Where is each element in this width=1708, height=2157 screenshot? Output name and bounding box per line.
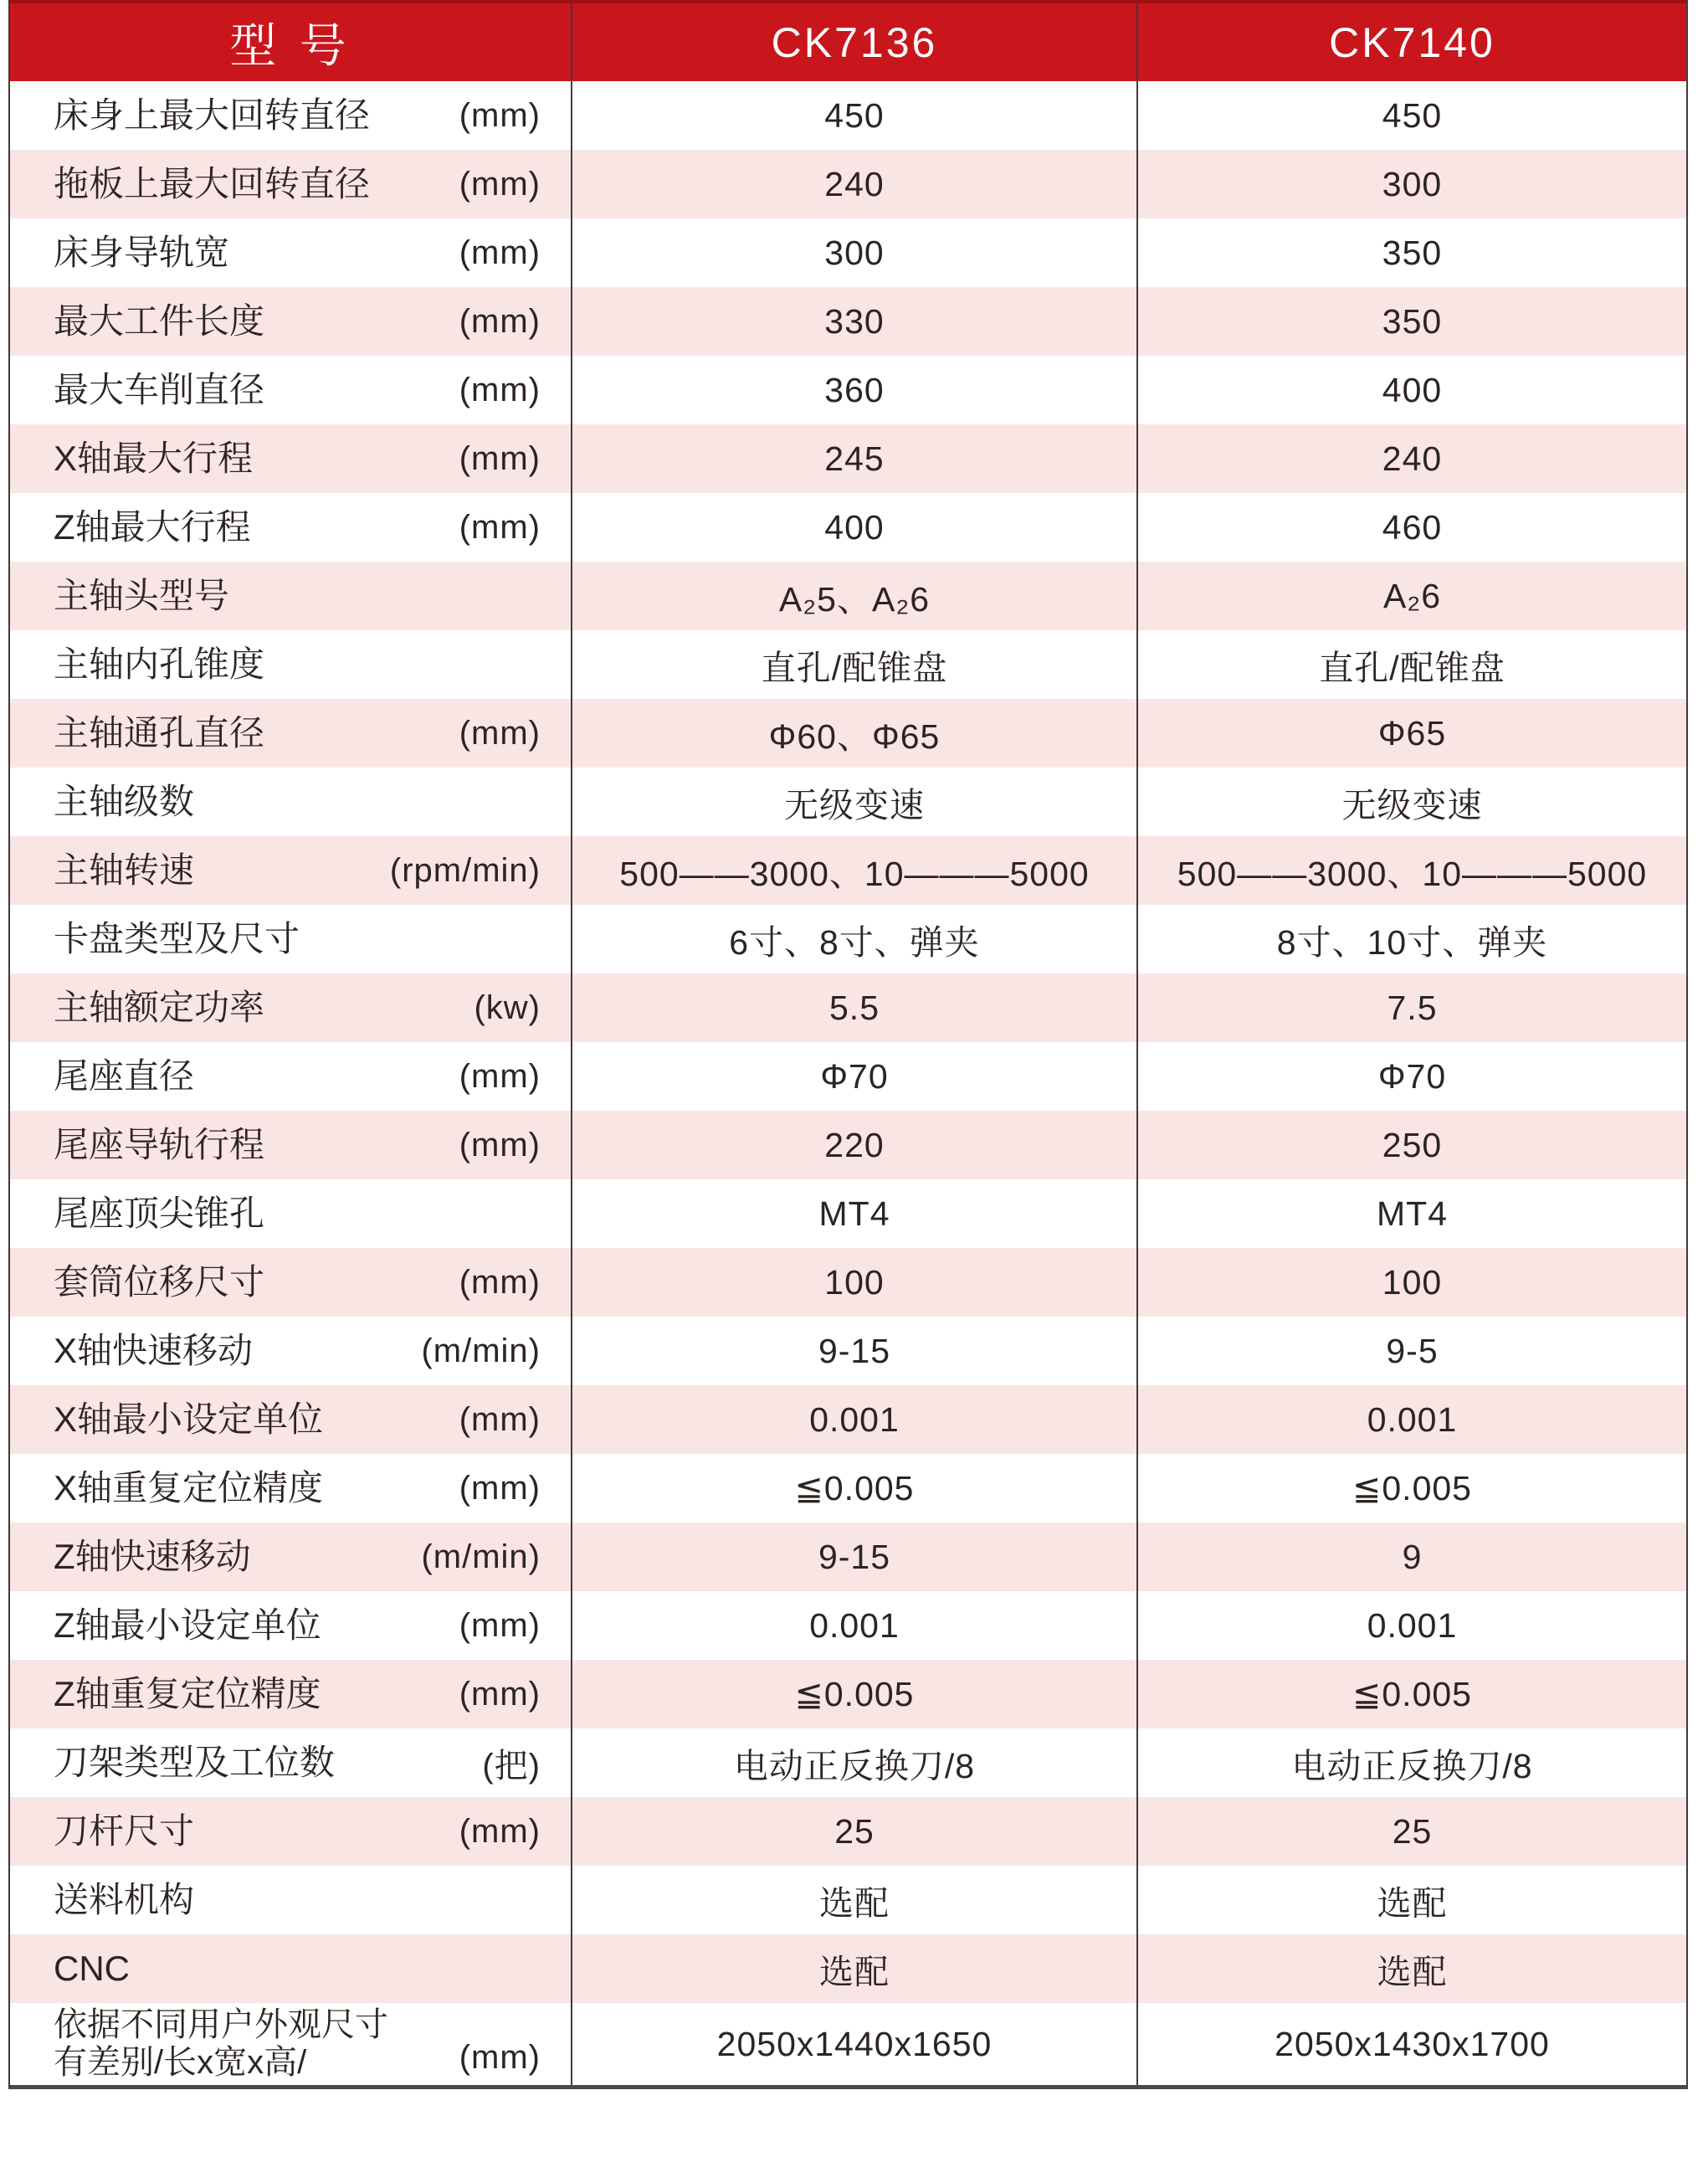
row-unit: (mm) xyxy=(459,234,541,272)
spec-row: 主轴级数 无级变速 无级变速 xyxy=(10,768,1686,836)
row-label: 尾座导轨行程 xyxy=(54,1125,459,1164)
row-unit: (mm) xyxy=(459,372,541,409)
cell-ck7136: 9-15 xyxy=(572,1523,1138,1591)
row-label-cell: 最大工件长度 (mm) xyxy=(10,287,572,356)
row-label: 依据不同用户外观尺寸 有差别/长x宽x高/ xyxy=(54,2006,459,2082)
spec-row: CNC 选配 选配 xyxy=(10,1934,1686,2003)
cell-ck7136: MT4 xyxy=(572,1179,1138,1248)
row-label-cell: 刀杆尺寸 (mm) xyxy=(10,1797,572,1866)
row-label-cell: CNC xyxy=(10,1934,572,2003)
row-label: 主轴头型号 xyxy=(54,576,541,615)
cell-ck7136: A₂5、A₂6 xyxy=(572,562,1138,630)
cell-ck7140: 240 xyxy=(1138,424,1686,493)
cell-ck7136: 无级变速 xyxy=(572,768,1138,836)
cell-ck7136: 9-15 xyxy=(572,1317,1138,1385)
spec-row: 床身上最大回转直径 (mm) 450 450 xyxy=(10,81,1686,150)
cell-ck7140: A₂6 xyxy=(1138,562,1686,630)
row-label-cell: 依据不同用户外观尺寸 有差别/长x宽x高/ (mm) xyxy=(10,2003,572,2085)
cell-ck7136: 330 xyxy=(572,287,1138,356)
cell-ck7140: 9-5 xyxy=(1138,1317,1686,1385)
spec-row: 主轴内孔锥度 直孔/配锥盘 直孔/配锥盘 xyxy=(10,630,1686,699)
row-label: 最大工件长度 xyxy=(54,301,459,341)
row-label-cell: 床身导轨宽 (mm) xyxy=(10,218,572,287)
row-label: 卡盘类型及尺寸 xyxy=(54,919,541,958)
cell-ck7140: 选配 xyxy=(1138,1866,1686,1934)
row-label: 刀架类型及工位数 xyxy=(54,1743,482,1782)
spec-row: X轴重复定位精度 (mm) ≦0.005 ≦0.005 xyxy=(10,1454,1686,1523)
header-col-ck7136: CK7136 xyxy=(572,3,1138,81)
spec-row: 最大车削直径 (mm) 360 400 xyxy=(10,356,1686,424)
row-label: 床身导轨宽 xyxy=(54,233,459,272)
cell-ck7136: 电动正反换刀/8 xyxy=(572,1728,1138,1797)
cell-ck7140: 100 xyxy=(1138,1248,1686,1317)
cell-ck7140: 0.001 xyxy=(1138,1591,1686,1660)
cell-ck7140: MT4 xyxy=(1138,1179,1686,1248)
row-label: 最大车削直径 xyxy=(54,370,459,409)
spec-row: 送料机构 选配 选配 xyxy=(10,1866,1686,1934)
cell-ck7140: 25 xyxy=(1138,1797,1686,1866)
spec-row: X轴快速移动 (m/min) 9-15 9-5 xyxy=(10,1317,1686,1385)
row-label: 主轴内孔锥度 xyxy=(54,645,541,684)
row-unit: (mm) xyxy=(459,1401,541,1439)
cell-ck7136: 100 xyxy=(572,1248,1138,1317)
row-unit: (mm) xyxy=(459,509,541,547)
table-body: 床身上最大回转直径 (mm) 450 450 拖板上最大回转直径 (mm) 24… xyxy=(10,81,1686,2085)
cell-ck7136: 25 xyxy=(572,1797,1138,1866)
cell-ck7140: 400 xyxy=(1138,356,1686,424)
spec-row: X轴最小设定单位 (mm) 0.001 0.001 xyxy=(10,1385,1686,1454)
row-label: 主轴转速 xyxy=(54,850,390,890)
cell-ck7140: 电动正反换刀/8 xyxy=(1138,1728,1686,1797)
cell-ck7136: 5.5 xyxy=(572,973,1138,1042)
row-label-cell: X轴快速移动 (m/min) xyxy=(10,1317,572,1385)
table-header: 型 号 CK7136 CK7140 xyxy=(10,0,1686,81)
row-label-cell: 刀架类型及工位数 (把) xyxy=(10,1728,572,1797)
cell-ck7140: 350 xyxy=(1138,218,1686,287)
spec-row: 主轴通孔直径 (mm) Φ60、Φ65 Φ65 xyxy=(10,699,1686,768)
row-unit: (mm) xyxy=(459,303,541,341)
cell-ck7136: 240 xyxy=(572,150,1138,218)
spec-row: Z轴重复定位精度 (mm) ≦0.005 ≦0.005 xyxy=(10,1660,1686,1728)
row-label: Z轴快速移动 xyxy=(54,1537,421,1576)
spec-row: 最大工件长度 (mm) 330 350 xyxy=(10,287,1686,356)
row-unit: (mm) xyxy=(459,1470,541,1507)
row-label-cell: 拖板上最大回转直径 (mm) xyxy=(10,150,572,218)
row-label: X轴快速移动 xyxy=(54,1331,421,1370)
cell-ck7136: ≦0.005 xyxy=(572,1454,1138,1523)
spec-sheet-page: 型 号 CK7136 CK7140 床身上最大回转直径 (mm) 450 450… xyxy=(0,0,1708,2157)
row-label-cell: 主轴内孔锥度 xyxy=(10,630,572,699)
row-unit: (mm) xyxy=(459,1813,541,1851)
row-label: 拖板上最大回转直径 xyxy=(54,164,459,203)
row-unit: (把) xyxy=(482,1739,541,1787)
row-unit: (kw) xyxy=(474,989,541,1027)
row-label-cell: 尾座导轨行程 (mm) xyxy=(10,1111,572,1179)
row-label: 尾座顶尖锥孔 xyxy=(54,1194,541,1233)
row-unit: (mm) xyxy=(459,166,541,203)
cell-ck7140: 350 xyxy=(1138,287,1686,356)
row-label-cell: Z轴快速移动 (m/min) xyxy=(10,1523,572,1591)
row-label-cell: X轴重复定位精度 (mm) xyxy=(10,1454,572,1523)
cell-ck7140: 450 xyxy=(1138,81,1686,150)
cell-ck7140: ≦0.005 xyxy=(1138,1660,1686,1728)
row-label-cell: 尾座顶尖锥孔 xyxy=(10,1179,572,1248)
spec-row: 卡盘类型及尺寸 6寸、8寸、弹夹 8寸、10寸、弹夹 xyxy=(10,905,1686,973)
cell-ck7140: ≦0.005 xyxy=(1138,1454,1686,1523)
spec-row: 刀架类型及工位数 (把) 电动正反换刀/8 电动正反换刀/8 xyxy=(10,1728,1686,1797)
cell-ck7140: 2050x1430x1700 xyxy=(1138,2003,1686,2085)
row-unit: (mm) xyxy=(459,97,541,135)
row-label-cell: 主轴通孔直径 (mm) xyxy=(10,699,572,768)
row-label-cell: 主轴级数 xyxy=(10,768,572,836)
cell-ck7136: 245 xyxy=(572,424,1138,493)
spec-row: 主轴转速 (rpm/min) 500——3000、10———5000 500——… xyxy=(10,836,1686,905)
cell-ck7136: 选配 xyxy=(572,1866,1138,1934)
cell-ck7140: 300 xyxy=(1138,150,1686,218)
row-unit: (mm) xyxy=(459,1607,541,1645)
row-label-cell: 床身上最大回转直径 (mm) xyxy=(10,81,572,150)
cell-ck7140: 460 xyxy=(1138,493,1686,562)
cell-ck7136: 450 xyxy=(572,81,1138,150)
row-label-cell: Z轴最小设定单位 (mm) xyxy=(10,1591,572,1660)
spec-row: 套筒位移尺寸 (mm) 100 100 xyxy=(10,1248,1686,1317)
row-label: 床身上最大回转直径 xyxy=(54,95,459,135)
row-label: X轴最小设定单位 xyxy=(54,1399,459,1439)
cell-ck7136: 2050x1440x1650 xyxy=(572,2003,1138,2085)
cell-ck7136: 0.001 xyxy=(572,1591,1138,1660)
spec-row: 依据不同用户外观尺寸 有差别/长x宽x高/ (mm) 2050x1440x165… xyxy=(10,2003,1686,2085)
row-label-cell: Z轴最大行程 (mm) xyxy=(10,493,572,562)
cell-ck7140: 8寸、10寸、弹夹 xyxy=(1138,905,1686,973)
row-unit: (mm) xyxy=(459,715,541,752)
cell-ck7136: Φ60、Φ65 xyxy=(572,699,1138,768)
row-label-cell: X轴最大行程 (mm) xyxy=(10,424,572,493)
row-label-cell: 主轴转速 (rpm/min) xyxy=(10,836,572,905)
cell-ck7136: 0.001 xyxy=(572,1385,1138,1454)
row-unit: (m/min) xyxy=(421,1538,541,1576)
header-model-label: 型 号 xyxy=(10,3,572,81)
row-unit: (mm) xyxy=(459,1127,541,1164)
row-label: CNC xyxy=(54,1949,541,1988)
spec-row: 床身导轨宽 (mm) 300 350 xyxy=(10,218,1686,287)
cell-ck7140: 250 xyxy=(1138,1111,1686,1179)
cell-ck7136: ≦0.005 xyxy=(572,1660,1138,1728)
spec-row: 拖板上最大回转直径 (mm) 240 300 xyxy=(10,150,1686,218)
cell-ck7136: 6寸、8寸、弹夹 xyxy=(572,905,1138,973)
cell-ck7140: 9 xyxy=(1138,1523,1686,1591)
row-label: 主轴额定功率 xyxy=(54,988,474,1027)
cell-ck7140: 选配 xyxy=(1138,1934,1686,2003)
cell-ck7140: 7.5 xyxy=(1138,973,1686,1042)
cell-ck7136: Φ70 xyxy=(572,1042,1138,1111)
spec-table: 型 号 CK7136 CK7140 床身上最大回转直径 (mm) 450 450… xyxy=(8,0,1688,2089)
row-label-cell: 主轴额定功率 (kw) xyxy=(10,973,572,1042)
cell-ck7140: Φ65 xyxy=(1138,699,1686,768)
cell-ck7136: 选配 xyxy=(572,1934,1138,2003)
row-label-cell: 卡盘类型及尺寸 xyxy=(10,905,572,973)
row-unit: (rpm/min) xyxy=(390,852,541,890)
row-label: 套筒位移尺寸 xyxy=(54,1262,459,1302)
row-label: 主轴级数 xyxy=(54,782,541,821)
cell-ck7136: 220 xyxy=(572,1111,1138,1179)
row-label-cell: 尾座直径 (mm) xyxy=(10,1042,572,1111)
cell-ck7136: 直孔/配锥盘 xyxy=(572,630,1138,699)
cell-ck7136: 500——3000、10———5000 xyxy=(572,836,1138,905)
row-label-cell: 套筒位移尺寸 (mm) xyxy=(10,1248,572,1317)
row-label-cell: X轴最小设定单位 (mm) xyxy=(10,1385,572,1454)
cell-ck7136: 300 xyxy=(572,218,1138,287)
spec-row: 主轴额定功率 (kw) 5.5 7.5 xyxy=(10,973,1686,1042)
spec-row: Z轴最大行程 (mm) 400 460 xyxy=(10,493,1686,562)
row-label: 刀杆尺寸 xyxy=(54,1811,459,1851)
row-unit: (mm) xyxy=(459,1264,541,1302)
row-unit: (m/min) xyxy=(421,1333,541,1370)
spec-row: 主轴头型号 A₂5、A₂6 A₂6 xyxy=(10,562,1686,630)
spec-row: 尾座直径 (mm) Φ70 Φ70 xyxy=(10,1042,1686,1111)
row-label: Z轴最大行程 xyxy=(54,507,459,547)
row-label: Z轴最小设定单位 xyxy=(54,1605,459,1645)
row-unit: (mm) xyxy=(459,1058,541,1096)
row-label: X轴重复定位精度 xyxy=(54,1468,459,1507)
spec-row: 尾座导轨行程 (mm) 220 250 xyxy=(10,1111,1686,1179)
row-label-cell: 送料机构 xyxy=(10,1866,572,1934)
cell-ck7140: 0.001 xyxy=(1138,1385,1686,1454)
cell-ck7140: 无级变速 xyxy=(1138,768,1686,836)
row-unit: (mm) xyxy=(459,2039,541,2085)
row-label: X轴最大行程 xyxy=(54,439,459,478)
row-label: Z轴重复定位精度 xyxy=(54,1674,459,1713)
cell-ck7140: Φ70 xyxy=(1138,1042,1686,1111)
row-label: 主轴通孔直径 xyxy=(54,713,459,752)
cell-ck7140: 直孔/配锥盘 xyxy=(1138,630,1686,699)
cell-ck7136: 360 xyxy=(572,356,1138,424)
cell-ck7136: 400 xyxy=(572,493,1138,562)
row-unit: (mm) xyxy=(459,1676,541,1713)
spec-row: 刀杆尺寸 (mm) 25 25 xyxy=(10,1797,1686,1866)
spec-row: 尾座顶尖锥孔 MT4 MT4 xyxy=(10,1179,1686,1248)
row-label: 尾座直径 xyxy=(54,1056,459,1096)
spec-row: Z轴快速移动 (m/min) 9-15 9 xyxy=(10,1523,1686,1591)
spec-row: Z轴最小设定单位 (mm) 0.001 0.001 xyxy=(10,1591,1686,1660)
row-unit: (mm) xyxy=(459,440,541,478)
spec-row: X轴最大行程 (mm) 245 240 xyxy=(10,424,1686,493)
row-label-cell: 最大车削直径 (mm) xyxy=(10,356,572,424)
row-label-cell: Z轴重复定位精度 (mm) xyxy=(10,1660,572,1728)
row-label: 送料机构 xyxy=(54,1880,541,1919)
header-col-ck7140: CK7140 xyxy=(1138,3,1686,81)
row-label-cell: 主轴头型号 xyxy=(10,562,572,630)
cell-ck7140: 500——3000、10———5000 xyxy=(1138,836,1686,905)
